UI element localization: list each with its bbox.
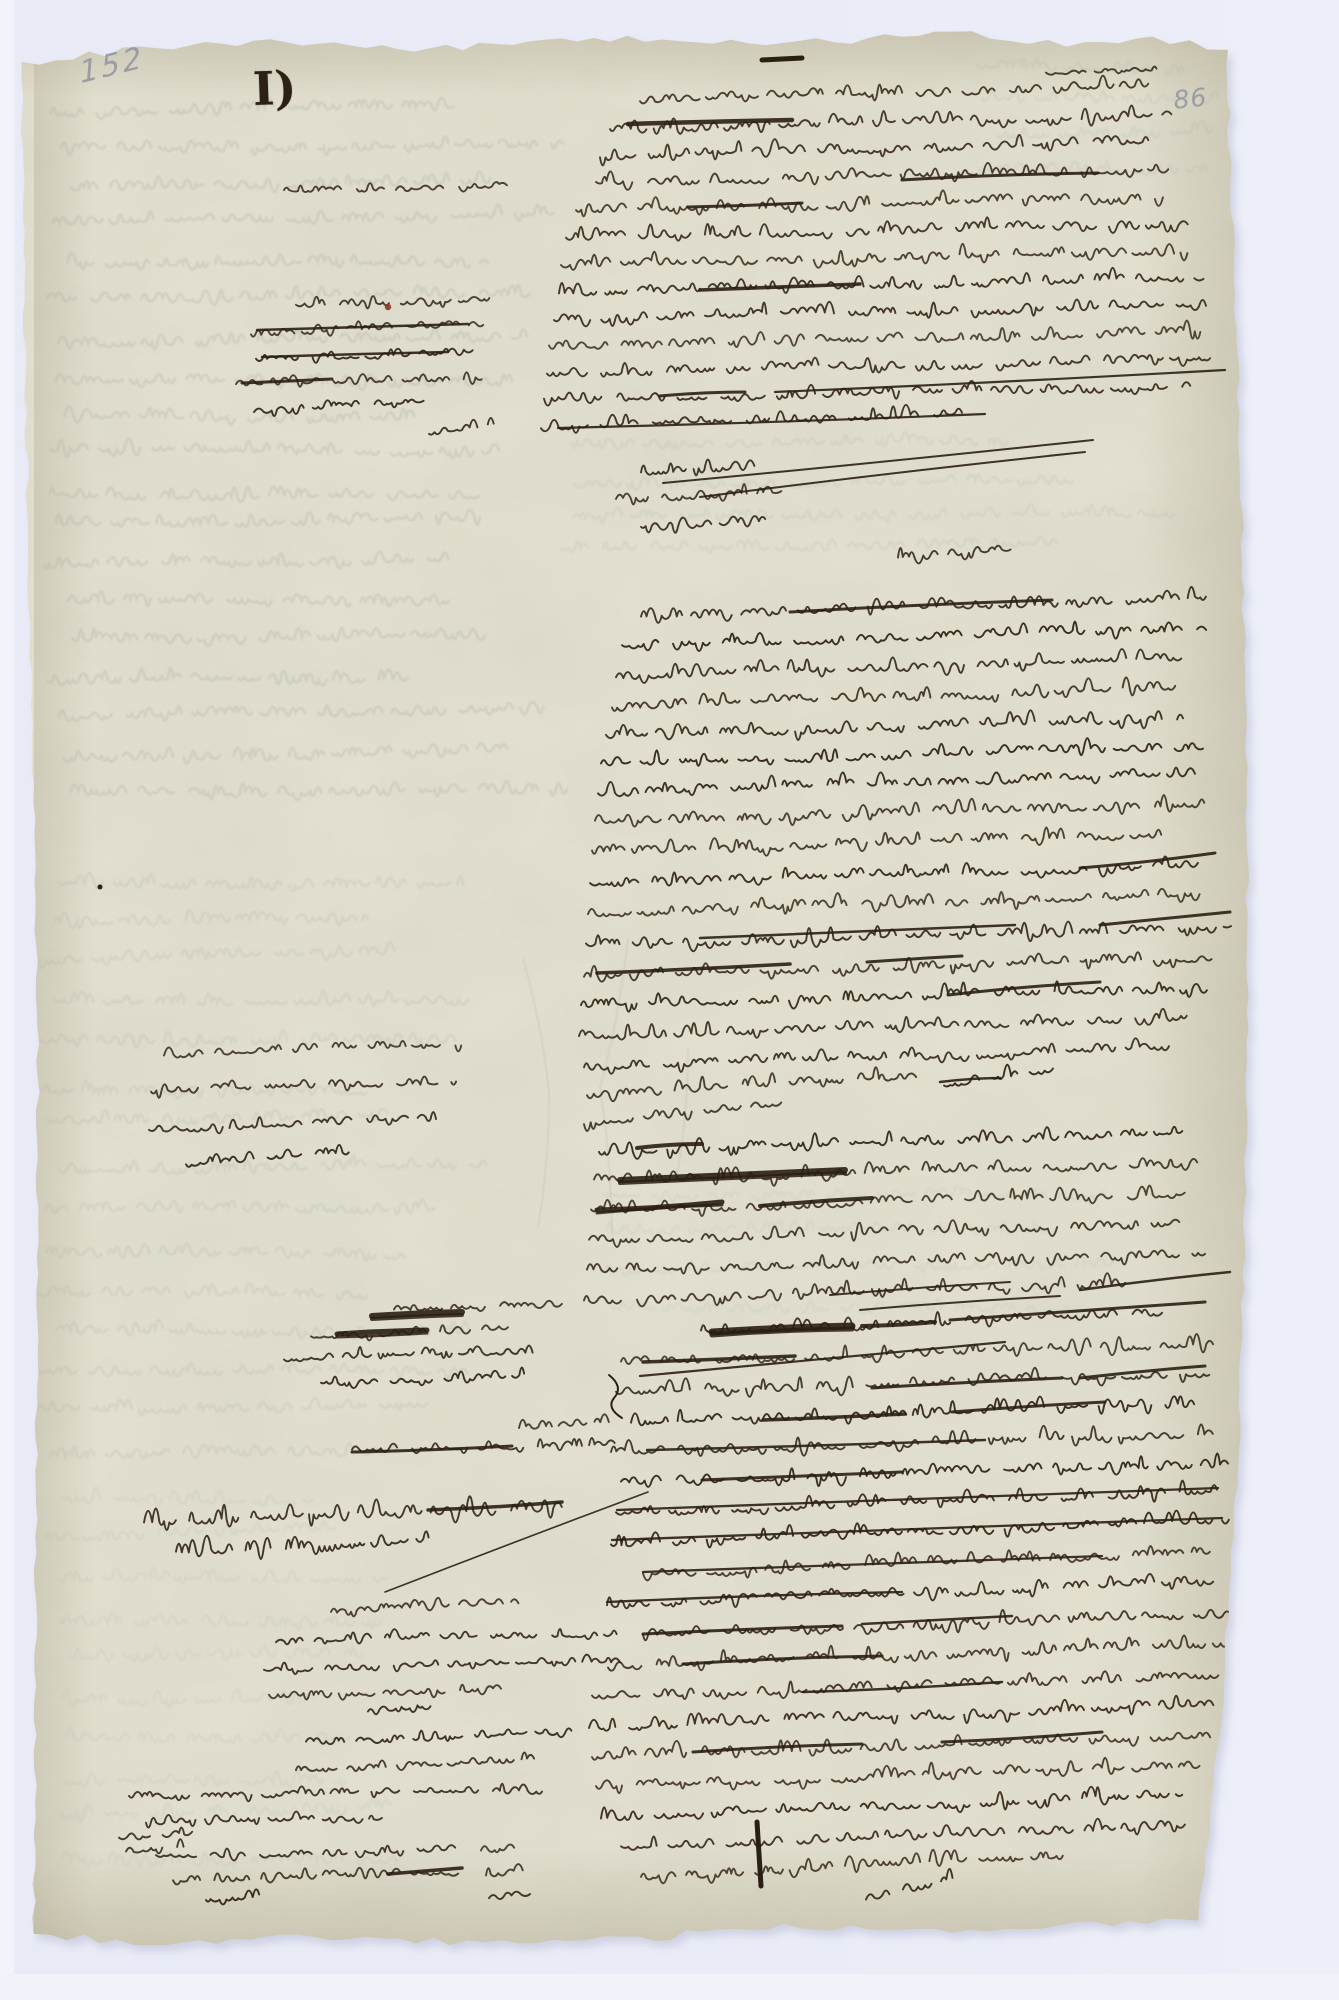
scanner-edge-strip bbox=[0, 1974, 1339, 2000]
section-numeral: I) bbox=[252, 60, 297, 115]
paper-edge-shade-right bbox=[1140, 0, 1250, 2000]
paper-edge-shade-top bbox=[0, 26, 1339, 98]
manuscript-page bbox=[0, 0, 1339, 2000]
dash-mark bbox=[762, 58, 802, 60]
red-ink-spot bbox=[385, 304, 391, 310]
manuscript-scan: 152 I) 86 bbox=[0, 0, 1339, 2000]
ink-dot bbox=[98, 885, 103, 890]
folio-number-pencil-right: 86 bbox=[1172, 82, 1209, 114]
